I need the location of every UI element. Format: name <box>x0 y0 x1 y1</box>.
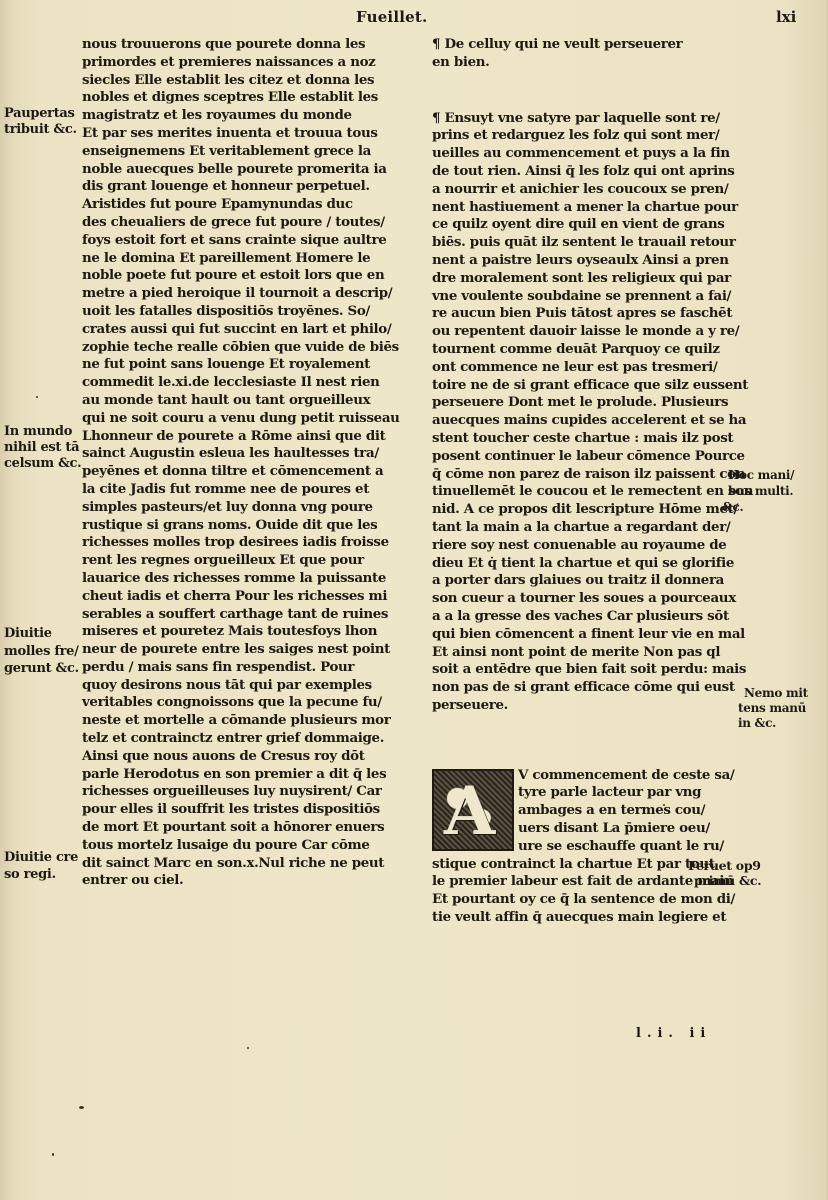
ink-speck <box>52 1153 54 1156</box>
text-line: lauarice des richesses romme la puissant… <box>82 570 402 588</box>
text-line: neur de pourete entre les saiges nest po… <box>82 641 402 659</box>
text-line: qui bien cōmencent a finent leur vie en … <box>432 626 748 644</box>
margin-note-feruet-opus: Feruet op9 primū &c. <box>688 858 761 888</box>
ink-speck <box>247 1047 249 1049</box>
text-line: noble poete fut poure et estoit lors que… <box>82 267 402 285</box>
text-line: posent continuer le labeur cōmence Pourc… <box>432 448 748 466</box>
ink-speck <box>663 804 665 806</box>
text-line: prins et redarguez les folz qui sont mer… <box>432 127 748 145</box>
text-line: tournent comme deuāt Parquoy ce quilz <box>432 341 748 359</box>
text-line: peyēnes et donna tiltre et cōmencement a <box>82 463 402 481</box>
text-line: rent les regnes orgueilleux Et que pour <box>82 552 402 570</box>
chapter-heading: ¶ De celluy qui ne veult perseuerer en b… <box>432 36 748 72</box>
text-line: qui ne soit couru a venu dung petit ruis… <box>82 410 402 428</box>
text-line: simples pasteurs/et luy donna vng poure <box>82 499 402 517</box>
text-line: perseuere Dont met le prolude. Plusieurs <box>432 394 748 412</box>
signature-mark: l.i. ii <box>636 1026 711 1041</box>
text-line: richesses orgueilleuses luy nuysirent/ C… <box>82 783 402 801</box>
text-line: noble auecques belle pourete promerita i… <box>82 161 402 179</box>
text-line: q̄ cōme non parez de raison ilz paissent… <box>432 466 748 484</box>
text-line: tant la main a la chartue a regardant de… <box>432 519 748 537</box>
decorated-initial-block: A V commencement de ceste sa/ tyre parle… <box>432 767 748 856</box>
text-line: nent a paistre leurs oyseaulx Ainsi a pr… <box>432 252 748 270</box>
text-line: richesses molles trop desirees iadis fro… <box>82 534 402 552</box>
margin-note-nemo-mittens: Nemo mit tens manū in &c. <box>744 686 808 731</box>
text-line: tinuellemēt le coucou et le remectent en… <box>432 483 748 501</box>
text-line: siecles Elle establit les citez et donna… <box>82 72 402 90</box>
text-line: nent hastiuement a mener la chartue pour <box>432 199 748 217</box>
left-text-column: nous trouuerons que pourete donna les pr… <box>82 36 402 890</box>
text-line: pour elles il souffrit les tristes dispo… <box>82 801 402 819</box>
text-line: vne voulente soubdaine se prennent a fai… <box>432 288 748 306</box>
text-line: serables a souffert carthage tant de rui… <box>82 606 402 624</box>
text-line: foys estoit fort et sans crainte sique a… <box>82 232 402 250</box>
text-line: des cheualiers de grece fut poure / tout… <box>82 214 402 232</box>
text-line: riere soy nest conuenable au royaume de <box>432 537 748 555</box>
running-head: Fueillet. <box>356 8 427 26</box>
margin-note-hoc-manibus: Hoc mani/ bus multi. &c. <box>728 468 794 516</box>
text-line: dieu Et q̇ tient la chartue et qui se gl… <box>432 555 748 573</box>
text-line: a porter dars glaiues ou traitz il donne… <box>432 572 748 590</box>
right-text-column: ¶ De celluy qui ne veult perseuerer en b… <box>432 36 748 927</box>
text-line: crates aussi qui fut succint en lart et … <box>82 321 402 339</box>
text-line: biēs. puis quāt ilz sentent le trauail r… <box>432 234 748 252</box>
text-line: a nourrir et anichier les coucoux se pre… <box>432 181 748 199</box>
text-line: ne fut point sans louenge Et royalement <box>82 356 402 374</box>
text-line: re aucun bien Puis tātost apres se fasch… <box>432 305 748 323</box>
folio-number: lxi <box>776 8 796 26</box>
margin-note-in-mundo: In mundo nihil est tā celsum &c. <box>4 424 81 472</box>
book-page: Fueillet. lxi Paupertas tribuit &c. In m… <box>0 0 828 1200</box>
text-line: perseuere. <box>432 697 748 715</box>
text-line: metre a pied heroique il tournoit a desc… <box>82 285 402 303</box>
text-line: neste et mortelle a cōmande plusieurs mo… <box>82 712 402 730</box>
text-line: uoit les fatalles dispositiōs troyēnes. … <box>82 303 402 321</box>
woodcut-initial-icon: A <box>432 769 514 851</box>
text-line: ueilles au commencement et puys a la fin <box>432 145 748 163</box>
text-line: Ainsi que nous auons de Cresus roy dōt <box>82 748 402 766</box>
text-line: soit a entēdre que bien fait soit perdu:… <box>432 661 748 679</box>
text-line: telz et contrainctz entrer grief dommaig… <box>82 730 402 748</box>
text-line: enseignemens Et veritablement grece la <box>82 143 402 161</box>
text-line: sainct Augustin esleua les haultesses tr… <box>82 445 402 463</box>
text-line: veritables congnoissons que la pecune fu… <box>82 694 402 712</box>
text-line: quoy desirons nous tāt qui par exemples <box>82 677 402 695</box>
text-line: nobles et dignes sceptres Elle establit … <box>82 89 402 107</box>
text-line: cheut iadis et cherra Pour les richesses… <box>82 588 402 606</box>
text-line: Lhonneur de pourete a Rōme ainsi que dit <box>82 428 402 446</box>
text-line: tie veult affin q̄ auecques main legiere… <box>432 909 748 927</box>
initial-text-lines: V commencement de ceste sa/ tyre parle l… <box>518 767 734 856</box>
text-line: perdu / mais sans fin respendist. Pour <box>82 659 402 677</box>
text-line: au monde tant hault ou tant orgueilleux <box>82 392 402 410</box>
text-line: toire ne de si grant efficace que silz e… <box>432 377 748 395</box>
text-line: de mort Et pourtant soit a hōnorer enuer… <box>82 819 402 837</box>
text-line: dre moralement sont les religieux qui pa… <box>432 270 748 288</box>
text-line: dis grant louenge et honneur perpetuel. <box>82 178 402 196</box>
text-line: stent toucher ceste chartue : mais ilz p… <box>432 430 748 448</box>
text-line: ou repentent dauoir laisse le monde a y … <box>432 323 748 341</box>
text-line: Aristides fut poure Epamynundas duc <box>82 196 402 214</box>
text-line: la cite Jadis fut romme nee de poures et <box>82 481 402 499</box>
text-line: miseres et pouretez Mais toutesfoys lhon <box>82 623 402 641</box>
text-line: zophie teche realle cōbien que vuide de … <box>82 339 402 357</box>
text-line: ¶ Ensuyt vne satyre par laquelle sont re… <box>432 110 748 128</box>
text-line: Et par ses merites inuenta et trouua tou… <box>82 125 402 143</box>
text-line: parle Herodotus en son premier a dit q̄ … <box>82 766 402 784</box>
text-line: entrer ou ciel. <box>82 872 402 890</box>
text-line: primordes et premieres naissances a noz <box>82 54 402 72</box>
text-line: ont commence ne leur est pas tresmeri/ <box>432 359 748 377</box>
margin-note-diuitie-molles: Diuitie molles fre/ gerunt &c. <box>4 626 79 679</box>
text-line: Et ainsi nont point de merite Non pas ql <box>432 644 748 662</box>
text-line: magistratz et les royaumes du monde <box>82 107 402 125</box>
text-line: a a la gresse des vaches Car plusieurs s… <box>432 608 748 626</box>
text-line: dit sainct Marc en son.x.Nul riche ne pe… <box>82 855 402 873</box>
ink-speck <box>36 396 38 398</box>
margin-note-paupertas: Paupertas tribuit &c. <box>4 106 77 137</box>
text-line: tous mortelz lusaige du poure Car cōme <box>82 837 402 855</box>
text-line: ne le domina Et pareillement Homere le <box>82 250 402 268</box>
text-line: commedit le.xi.de lecclesiaste Il nest r… <box>82 374 402 392</box>
ink-speck <box>79 1106 84 1109</box>
text-line: auecques mains cupides accelerent et se … <box>432 412 748 430</box>
text-line: nous trouuerons que pourete donna les <box>82 36 402 54</box>
text-line: Et pourtant oy ce q̄ la sentence de mon … <box>432 891 748 909</box>
margin-note-diuitie-creso: Diuitie cre so regi. <box>4 850 78 884</box>
text-line: nid. A ce propos dit lescripture Hōme me… <box>432 501 748 519</box>
text-line: ce quilz oyent dire quil en vient de gra… <box>432 216 748 234</box>
text-line: non pas de si grant efficace cōme qui eu… <box>432 679 748 697</box>
text-line: rustique si grans noms. Ouide dit que le… <box>82 517 402 535</box>
text-line: de tout rien. Ainsi q̄ les folz qui ont … <box>432 163 748 181</box>
text-line: son cueur a tourner les soues a pourceau… <box>432 590 748 608</box>
